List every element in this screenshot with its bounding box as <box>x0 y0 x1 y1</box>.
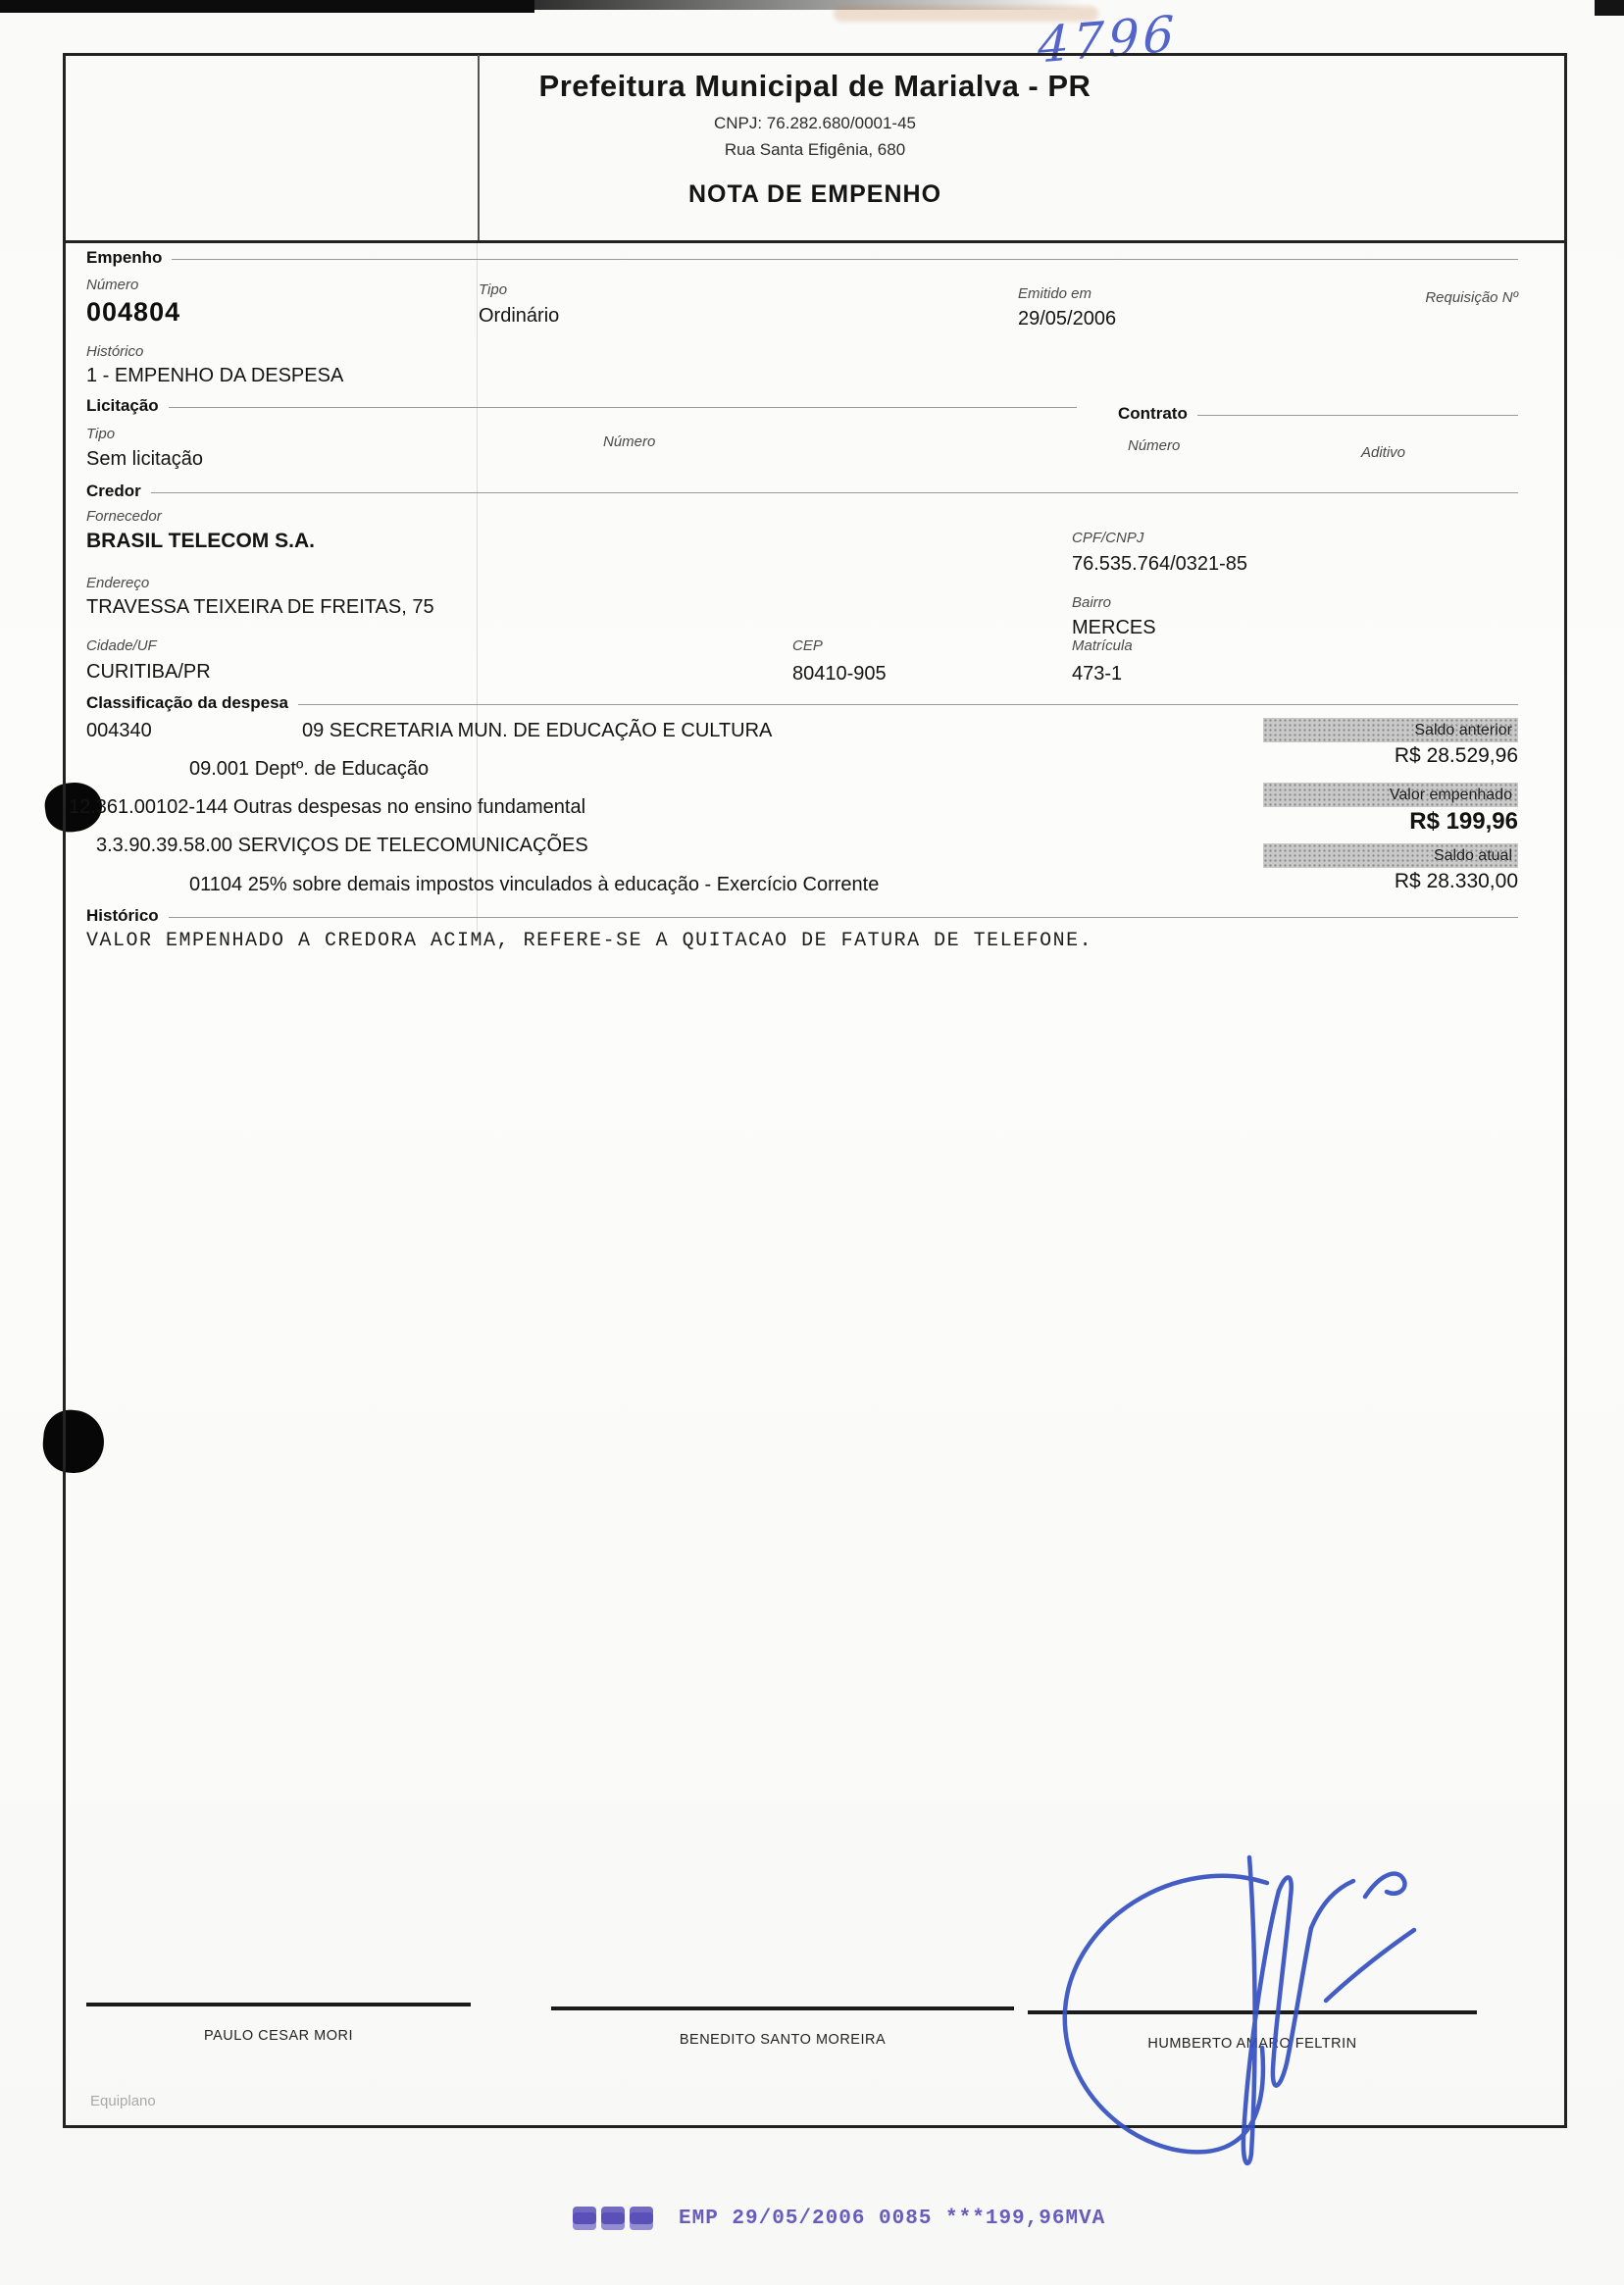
empenho-historico-value: 1 - EMPENHO DA DESPESA <box>86 365 343 387</box>
saldo-anterior-label: Saldo anterior <box>1263 718 1518 742</box>
credor-cidade-value: CURITIBA/PR <box>86 661 211 684</box>
section-empenho-label: Empenho <box>86 248 162 268</box>
licitacao-numero-label: Número <box>603 433 655 450</box>
stamp-text: EMP 29/05/2006 0085 ***199,96MVA <box>679 2208 1105 2230</box>
empenho-historico-label: Histórico <box>86 343 143 360</box>
section-contrato: Contrato <box>1118 404 1518 424</box>
signature-name: BENEDITO SANTO MOREIRA <box>551 2032 1014 2048</box>
empenho-emitido-label: Emitido em <box>1018 285 1091 302</box>
scan-artifact-top-bar <box>0 0 534 13</box>
saldo-atual-value: R$ 28.330,00 <box>1257 870 1518 893</box>
valor-empenhado-label: Valor empenhado <box>1263 783 1518 807</box>
section-empenho: Empenho <box>86 248 1518 268</box>
empenho-numero-label: Número <box>86 277 138 293</box>
signature-name: HUMBERTO AMARO FELTRIN <box>1028 2036 1477 2052</box>
licitacao-tipo-label: Tipo <box>86 426 115 442</box>
classificacao-row-desc: 09.001 Deptº. de Educação <box>189 758 429 781</box>
page-title: Prefeitura Municipal de Marialva - PR <box>63 69 1567 104</box>
empenho-emitido-value: 29/05/2006 <box>1018 308 1116 330</box>
header-cnpj: CNPJ: 76.282.680/0001-45 <box>63 114 1567 133</box>
section-contrato-label: Contrato <box>1118 404 1188 424</box>
classificacao-row-desc: 3.3.90.39.58.00 SERVIÇOS DE TELECOMUNICA… <box>96 835 588 857</box>
scanned-document-page: 4796 Prefeitura Municipal de Marialva - … <box>0 0 1624 2285</box>
credor-endereco-label: Endereço <box>86 575 149 591</box>
saldo-atual-label: Saldo atual <box>1263 843 1518 868</box>
contrato-numero-label: Número <box>1128 437 1180 454</box>
credor-cpfcnpj-label: CPF/CNPJ <box>1072 530 1143 546</box>
validation-stamp: EMP 29/05/2006 0085 ***199,96MVA <box>573 2207 1105 2230</box>
empenho-tipo-label: Tipo <box>479 281 507 298</box>
empenho-requisicao-label: Requisição Nº <box>1391 289 1518 306</box>
empenho-numero-value: 004804 <box>86 297 180 328</box>
credor-bairro-value: MERCES <box>1072 617 1156 639</box>
credor-fornecedor-label: Fornecedor <box>86 508 162 525</box>
historico-text: VALOR EMPENHADO A CREDORA ACIMA, REFERE-… <box>86 930 1498 952</box>
classificacao-row-desc: 01104 25% sobre demais impostos vinculad… <box>189 874 879 896</box>
signature-line <box>551 2006 1014 2010</box>
credor-cep-label: CEP <box>792 637 823 654</box>
empenho-tipo-value: Ordinário <box>479 305 559 328</box>
classificacao-row-desc: 09 SECRETARIA MUN. DE EDUCAÇÃO E CULTURA <box>302 720 772 742</box>
section-licitacao: Licitação <box>86 396 1077 416</box>
section-historico-label: Histórico <box>86 906 159 926</box>
equiplano-watermark: Equiplano <box>90 2093 156 2109</box>
credor-cep-value: 80410-905 <box>792 663 887 685</box>
header-bottom-divider <box>63 240 1567 243</box>
credor-fornecedor-value: BRASIL TELECOM S.A. <box>86 530 315 553</box>
section-licitacao-label: Licitação <box>86 396 159 416</box>
section-credor: Credor <box>86 482 1518 501</box>
signature-name: PAULO CESAR MORI <box>86 2028 471 2044</box>
classificacao-row-desc: 12.361.00102-144 Outras despesas no ensi… <box>69 796 585 819</box>
credor-matricula-label: Matrícula <box>1072 637 1133 654</box>
saldo-anterior-value: R$ 28.529,96 <box>1257 744 1518 768</box>
credor-cidade-label: Cidade/UF <box>86 637 157 654</box>
credor-bairro-label: Bairro <box>1072 594 1111 611</box>
section-classificacao: Classificação da despesa <box>86 693 1518 713</box>
document-title: NOTA DE EMPENHO <box>63 180 1567 209</box>
signature-line <box>86 2003 471 2006</box>
credor-endereco-value: TRAVESSA TEIXEIRA DE FREITAS, 75 <box>86 596 434 619</box>
credor-cpfcnpj-value: 76.535.764/0321-85 <box>1072 553 1247 576</box>
contrato-aditivo-label: Aditivo <box>1361 444 1405 461</box>
signature-line <box>1028 2010 1477 2014</box>
valor-empenhado-value: R$ 199,96 <box>1257 808 1518 836</box>
scan-artifact-corner <box>1595 0 1624 16</box>
credor-matricula-value: 473-1 <box>1072 663 1122 685</box>
section-historico: Histórico <box>86 906 1518 926</box>
header-address: Rua Santa Efigênia, 680 <box>63 140 1567 160</box>
licitacao-tipo-value: Sem licitação <box>86 448 203 471</box>
classificacao-row-code: 004340 <box>86 720 152 742</box>
stamp-logo-icon <box>573 2207 653 2230</box>
section-classificacao-label: Classificação da despesa <box>86 693 288 713</box>
section-credor-label: Credor <box>86 482 141 501</box>
